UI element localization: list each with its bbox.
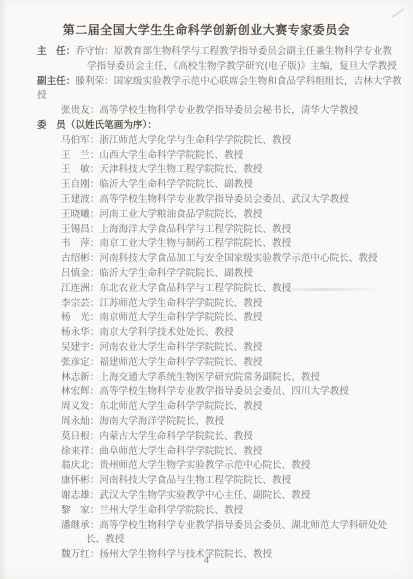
member-desc: 贵州师范大学生物学实验教学示范中心院长、教授 [99,460,310,471]
member-name: 马伯军： [61,135,99,146]
member-name: 古绍彬： [61,253,99,264]
member-row: 杨永华：南京大学科学技术处处长、教授 [86,326,397,341]
member-row: 王 兰：山西大学生命科学学院院长、教授 [86,149,397,164]
member-row: 杨 光：南京师范大学生命科学学院院长、教授 [86,311,397,326]
member-desc: 临沂大学生命科学学院院长、副教授 [99,268,253,279]
member-row: 周义发：东北师范大学生命科学学院院长、教授 [86,400,397,415]
member-name: 翁庆北： [61,460,99,471]
member-row: 莫日根：内蒙古大学生命科学学院院长、教授 [86,430,397,445]
member-desc: 河南工业大学粮油食品学院院长、教授 [99,209,262,220]
member-row: 韦 萍：南京工业大学生物与制药工程学院院长、教授 [86,237,397,252]
member-name: 韦 萍： [61,238,99,249]
vice-chairman-desc: 高等学校生物科学专业教学指导委员会秘书长，清华大学教授 [99,105,358,116]
scan-artifact [392,8,405,18]
member-row: 康怀彬：河南科技大学食品与生物工程学院院长、教授 [86,474,397,489]
member-name: 潘继承： [61,520,99,531]
member-row: 林志新：上海交通大学系统生物医学研究院常务副院长、教授 [86,371,397,386]
member-row: 王晓曦：河南工业大学粮油食品学院院长、教授 [86,208,397,223]
member-name: 杨 光： [61,312,99,323]
member-name: 王建波： [61,194,99,205]
chairman-desc: 原教育部生物科学与工程教学指导委员会副主任兼生物科学专业教学指导委员会主任，《高… [87,46,397,72]
member-desc: 天津科技大学生物工程学院院长、教授 [99,164,262,175]
member-desc: 临沂大学生命科学学院院长、副教授 [99,179,253,190]
member-desc: 山西大学生命科学学院院长、教授 [99,150,243,161]
member-name: 王晓曦： [61,209,99,220]
member-name: 周义发： [61,401,99,412]
member-row: 王建波：高等学校生物科学专业教学指导委员会委员、武汉大学教授 [86,193,397,208]
member-name: 杨永华： [61,327,99,338]
member-name: 黎 家： [61,505,99,516]
chairman-row: 主 任：乔守怡：原教育部生物科学与工程教学指导委员会副主任兼生物科学专业教学指导… [87,45,399,75]
members-section-label: 委 员（以姓氏笔画为序）： [37,119,413,134]
member-desc: 高等学校生物科学专业教学指导委员会委员、湖北师范大学科研处处长、教授 [86,520,387,546]
vice-chairman-row: 副主任：滕利荣：国家级实验教学示范中心联席会生物和食品学科组组长，吉林大学教授 [37,75,403,105]
member-row: 王 敏：天津科技大学生物工程学院院长、教授 [86,163,397,178]
member-name: 莫日根： [61,431,99,442]
committee-content: 主 任：乔守怡：原教育部生物科学与工程教学指导委员会副主任兼生物科学专业教学指导… [0,45,413,563]
vice-chairman-label: 副主任： [37,76,75,87]
member-row: 江连洲：东北农业大学食品科学与工程学院院长、教授 [86,282,397,297]
member-desc: 福建师范大学生命科学学院院长、教授 [99,357,262,368]
member-desc: 东北师范大学生命科学学院院长、教授 [99,401,262,412]
member-row: 吕慎金：临沂大学生命科学学院院长、副教授 [86,267,397,282]
member-row: 王锡昌：上海海洋大学食品科学与工程学院院长、教授 [86,223,397,238]
member-name: 江连洲： [61,283,99,294]
member-list: 马伯军：浙江师范大学化学与生命科学学院院长、教授 王 兰：山西大学生命科学学院院… [0,134,413,563]
member-name: 吴建宇： [61,342,99,353]
member-row: 林宏辉：高等学校生物科学专业教学指导委员会委员、四川大学教授 [86,385,397,400]
member-name: 周永灿： [61,416,99,427]
member-name: 徐来祥： [61,446,99,457]
member-desc: 高等学校生物科学专业教学指导委员会委员、四川大学教授 [99,386,348,397]
member-desc: 东北农业大学食品科学与工程学院院长、教授 [99,283,291,294]
member-name: 王自刚： [61,179,99,190]
member-desc: 南京工业大学生物与制药工程学院院长、教授 [99,238,291,249]
member-row: 周永灿：海南大学海洋学院院长、教授 [86,415,397,430]
member-row: 李宗芸：江苏师范大学生命科学学院院长、教授 [86,297,397,312]
member-desc: 河南科技大学食品加工与安全国家级实验教学示范中心院长、教授 [99,253,377,264]
member-name: 康怀彬： [61,475,99,486]
member-name: 吕慎金： [61,268,99,279]
member-desc: 武汉大学生物学实验教学中心主任、副院长、教授 [99,490,310,501]
member-desc: 上海海洋大学食品科学与工程学院院长、教授 [99,224,291,235]
member-desc: 河南科技大学食品与生物工程学院院长、教授 [99,475,291,486]
member-row: 徐来祥：曲阜师范大学生命科学学院院长、教授 [86,445,397,460]
chairman-label: 主 任： [37,46,75,57]
member-desc: 内蒙古大学生命科学学院院长、教授 [99,431,253,442]
member-row: 马伯军：浙江师范大学化学与生命科学学院院长、教授 [86,134,397,149]
member-desc: 兰州大学生命科学学院院长、教授 [99,505,243,516]
member-row: 张彦定：福建师范大学生命科学学院院长、教授 [86,356,397,371]
member-row: 翁庆北：贵州师范大学生物学实验教学示范中心院长、教授 [86,459,397,474]
vice-chairman-name: 张贵友： [61,105,99,116]
member-desc: 河南农业大学生命科学学院院长、教授 [99,342,262,353]
member-desc: 海南大学海洋学院院长、教授 [99,416,224,427]
member-name: 李宗芸： [61,298,99,309]
vice-chairman-name: 滕利荣： [75,76,113,87]
member-row: 黎 家：兰州大学生命科学学院院长、教授 [86,504,397,519]
chairman-name: 乔守怡： [75,46,113,57]
page-title: 第二届全国大学生生命科学创新创业大赛专家委员会 [0,21,413,38]
member-name: 张彦定： [61,357,99,368]
member-desc: 曲阜师范大学生命科学学院院长、教授 [99,446,262,457]
member-desc: 浙江师范大学化学与生命科学学院院长、教授 [99,135,291,146]
member-row: 潘继承：高等学校生物科学专业教学指导委员会委员、湖北师范大学科研处处长、教授 [86,519,397,549]
member-desc: 江苏师范大学生命科学学院院长、教授 [99,298,262,309]
member-desc: 南京师范大学生命科学学院院长、教授 [99,312,262,323]
member-name: 王锡昌： [61,224,99,235]
member-name: 林志新： [61,372,99,383]
member-desc: 上海交通大学系统生物医学研究院常务副院长、教授 [99,372,320,383]
member-desc: 高等学校生物科学专业教学指导委员会委员、武汉大学教授 [99,194,348,205]
vice-chairman-row: 张贵友：高等学校生物科学专业教学指导委员会秘书长，清华大学教授 [61,104,403,119]
member-row: 古绍彬：河南科技大学食品加工与安全国家级实验教学示范中心院长、教授 [86,252,397,267]
member-row: 吴建宇：河南农业大学生命科学学院院长、教授 [86,341,397,356]
document-page: 第二届全国大学生生命科学创新创业大赛专家委员会 主 任：乔守怡：原教育部生物科学… [0,0,413,579]
member-name: 王 兰： [61,150,99,161]
member-row: 谢志雄：武汉大学生物学实验教学中心主任、副院长、教授 [86,489,397,504]
member-desc: 南京大学科学技术处处长、教授 [99,327,233,338]
member-row: 王自刚：临沂大学生命科学学院院长、副教授 [86,178,397,193]
page-number: 4 [0,556,413,566]
member-name: 王 敏： [61,164,99,175]
member-name: 谢志雄： [61,490,99,501]
member-name: 林宏辉： [61,386,99,397]
